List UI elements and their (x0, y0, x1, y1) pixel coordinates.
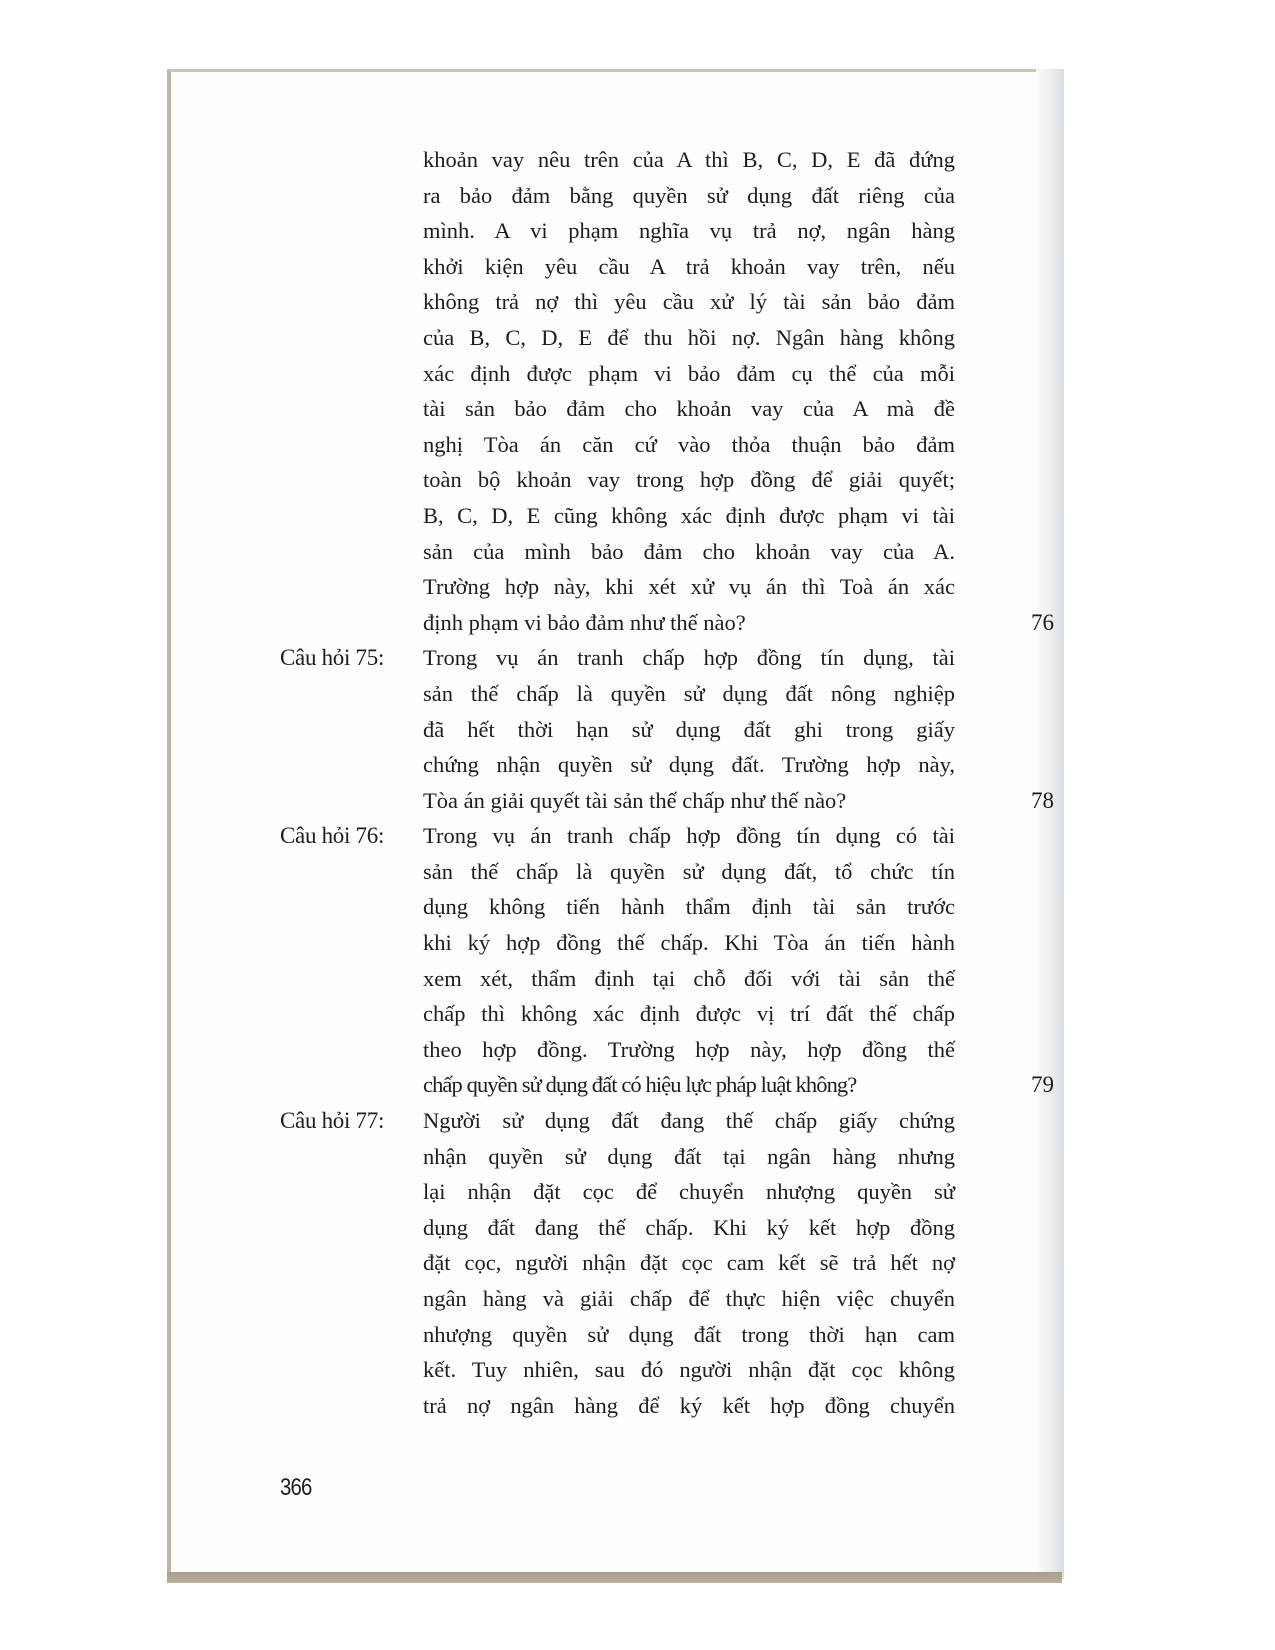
text-line: ra bảo đảm bằng quyền sử dụng đất riêng … (423, 178, 955, 214)
toc-entry-75: Câu hỏi 75: Trong vụ án tranh chấp hợp đ… (280, 640, 1070, 818)
text-line: nhận quyền sử dụng đất tại ngân hàng như… (423, 1139, 955, 1175)
text-line: theo hợp đồng. Trường hợp này, hợp đồng … (423, 1032, 955, 1068)
text-line: Trong vụ án tranh chấp hợp đồng tín dụng… (423, 640, 955, 676)
text-line: sản của mình bảo đảm cho khoản vay của A… (423, 534, 955, 570)
text-line: mình. A vi phạm nghĩa vụ trả nợ, ngân hà… (423, 213, 955, 249)
text-line: khởi kiện yêu cầu A trả khoản vay trên, … (423, 249, 955, 285)
text-line: Trong vụ án tranh chấp hợp đồng tín dụng… (423, 818, 955, 854)
text-line: chứng nhận quyền sử dụng đất. Trường hợp… (423, 747, 955, 783)
question-label: Câu hỏi 76: (280, 818, 423, 854)
question-text: Người sử dụng đất đang thế chấp giấy chứ… (423, 1103, 955, 1423)
text-line: Trường hợp này, khi xét xử vụ án thì Toà… (423, 569, 955, 605)
question-text: khoản vay nêu trên của A thì B, C, D, E … (423, 142, 955, 640)
text-line: sản thế chấp là quyền sử dụng đất nông n… (423, 676, 955, 712)
text-line: kết. Tuy nhiên, sau đó người nhận đặt cọ… (423, 1352, 955, 1388)
table-of-contents: khoản vay nêu trên của A thì B, C, D, E … (280, 142, 1070, 1423)
text-line: đã hết thời hạn sử dụng đất ghi trong gi… (423, 712, 955, 748)
text-line: định phạm vi bảo đảm như thế nào? (423, 605, 955, 641)
question-text: Trong vụ án tranh chấp hợp đồng tín dụng… (423, 818, 955, 1103)
question-text: Trong vụ án tranh chấp hợp đồng tín dụng… (423, 640, 955, 818)
question-label: Câu hỏi 77: (280, 1103, 423, 1139)
text-line: trả nợ ngân hàng để ký kết hợp đồng chuy… (423, 1388, 955, 1424)
text-line: không trả nợ thì yêu cầu xử lý tài sản b… (423, 284, 955, 320)
text-line: tài sản bảo đảm cho khoản vay của A mà đ… (423, 391, 955, 427)
text-line: toàn bộ khoản vay trong hợp đồng để giải… (423, 462, 955, 498)
toc-entry-74-continued: khoản vay nêu trên của A thì B, C, D, E … (280, 142, 1070, 640)
text-line: lại nhận đặt cọc để chuyển nhượng quyền … (423, 1174, 955, 1210)
text-line: chấp quyền sử dụng đất có hiệu lực pháp … (423, 1067, 955, 1103)
toc-entry-77: Câu hỏi 77: Người sử dụng đất đang thế c… (280, 1103, 1070, 1423)
text-line: khoản vay nêu trên của A thì B, C, D, E … (423, 142, 955, 178)
text-line: đặt cọc, người nhận đặt cọc cam kết sẽ t… (423, 1245, 955, 1281)
text-line: chấp thì không xác định được vị trí đất … (423, 996, 955, 1032)
text-line: Người sử dụng đất đang thế chấp giấy chứ… (423, 1103, 955, 1139)
text-line: dụng đất đang thế chấp. Khi ký kết hợp đ… (423, 1210, 955, 1246)
text-line: B, C, D, E cũng không xác định được phạm… (423, 498, 955, 534)
toc-entry-76: Câu hỏi 76: Trong vụ án tranh chấp hợp đ… (280, 818, 1070, 1103)
text-line: của B, C, D, E để thu hồi nợ. Ngân hàng … (423, 320, 955, 356)
text-line: khi ký hợp đồng thế chấp. Khi Tòa án tiế… (423, 925, 955, 961)
page-reference: 76 (955, 605, 1070, 641)
text-line: sản thế chấp là quyền sử dụng đất, tổ ch… (423, 854, 955, 890)
text-line: ngân hàng và giải chấp để thực hiện việc… (423, 1281, 955, 1317)
question-label: Câu hỏi 75: (280, 640, 423, 676)
text-line: nhượng quyền sử dụng đất trong thời hạn … (423, 1317, 955, 1353)
text-line: Tòa án giải quyết tài sản thế chấp như t… (423, 783, 955, 819)
page-number: 366 (280, 1474, 311, 1502)
page-bottom-edge (167, 1572, 1062, 1583)
page-reference: 79 (955, 1067, 1070, 1103)
text-line: nghị Tòa án căn cứ vào thỏa thuận bảo đả… (423, 427, 955, 463)
text-line: xác định được phạm vi bảo đảm cụ thể của… (423, 356, 955, 392)
text-line: xem xét, thẩm định tại chỗ đối với tài s… (423, 961, 955, 997)
page-reference: 78 (955, 783, 1070, 819)
text-line: dụng không tiến hành thẩm định tài sản t… (423, 889, 955, 925)
